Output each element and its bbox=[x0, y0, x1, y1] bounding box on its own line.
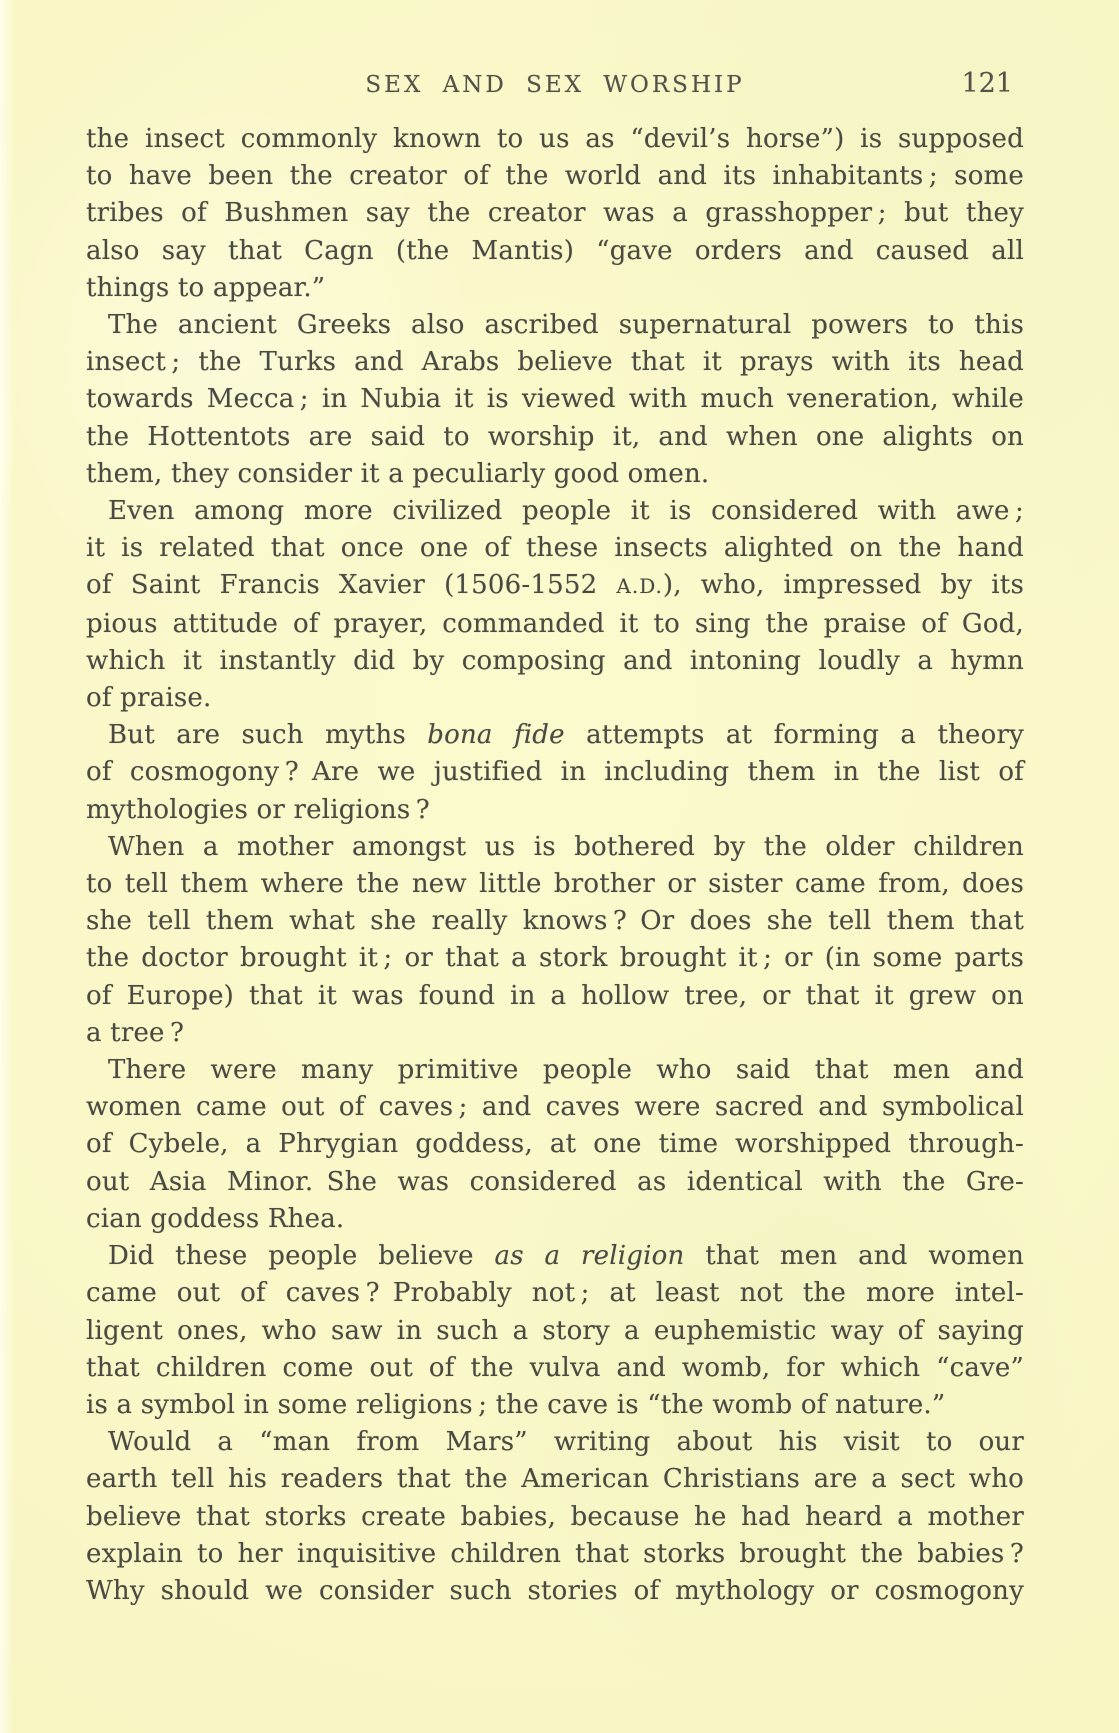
paragraph: The ancient Greeks also ascribed superna… bbox=[86, 307, 1024, 493]
text-line: Even among more civilized people it is c… bbox=[86, 493, 1024, 530]
paragraph: There were many primitive people who sai… bbox=[86, 1052, 1024, 1238]
text-line: things to appear.” bbox=[86, 270, 1024, 307]
paragraph: Did these people believe as a religion t… bbox=[86, 1238, 1024, 1424]
text-line: There were many primitive people who sai… bbox=[86, 1052, 1024, 1089]
text-line: pious attitude of prayer, commanded it t… bbox=[86, 606, 1024, 643]
text-line: cian goddess Rhea. bbox=[86, 1201, 1024, 1238]
text-line: women came out of caves ; and caves were… bbox=[86, 1089, 1024, 1126]
text-line: Why should we consider such stories of m… bbox=[86, 1573, 1024, 1610]
text-line: which it instantly did by composing and … bbox=[86, 643, 1024, 680]
text-line: Did these people believe as a religion t… bbox=[86, 1238, 1024, 1275]
paragraph: the insect commonly known to us as “devi… bbox=[86, 121, 1024, 307]
text-line: them, they consider it a peculiarly good… bbox=[86, 456, 1024, 493]
page-header: SEX AND SEX WORSHIP 121 bbox=[86, 72, 1024, 106]
text-line: When a mother amongst us is bothered by … bbox=[86, 829, 1024, 866]
paragraph: But are such myths bona fide attempts at… bbox=[86, 717, 1024, 829]
text-line: a tree ? bbox=[86, 1015, 1024, 1052]
text-line: ligent ones, who saw in such a story a e… bbox=[86, 1313, 1024, 1350]
text-line: Would a “man from Mars” writing about hi… bbox=[86, 1424, 1024, 1461]
book-page-scan: SEX AND SEX WORSHIP 121 the insect commo… bbox=[0, 0, 1119, 1733]
text-line: she tell them what she really knows ? Or… bbox=[86, 903, 1024, 940]
text-line: The ancient Greeks also ascribed superna… bbox=[86, 307, 1024, 344]
text-line: to tell them where the new little brothe… bbox=[86, 866, 1024, 903]
text-line: of cosmogony ? Are we justified in inclu… bbox=[86, 754, 1024, 791]
text-line: insect ; the Turks and Arabs believe tha… bbox=[86, 344, 1024, 381]
text-line: of Saint Francis Xavier (1506-1552 A.D.)… bbox=[86, 567, 1024, 605]
page-number: 121 bbox=[961, 68, 1013, 99]
text-line: is a symbol in some religions ; the cave… bbox=[86, 1387, 1024, 1424]
text-line: the Hottentots are said to worship it, a… bbox=[86, 419, 1024, 456]
text-line: But are such myths bona fide attempts at… bbox=[86, 717, 1024, 754]
running-title: SEX AND SEX WORSHIP bbox=[86, 72, 1024, 98]
text-line: mythologies or religions ? bbox=[86, 792, 1024, 829]
text-line: out Asia Minor. She was considered as id… bbox=[86, 1164, 1024, 1201]
text-line: believe that storks create babies, becau… bbox=[86, 1499, 1024, 1536]
paragraph: Even among more civilized people it is c… bbox=[86, 493, 1024, 717]
text-line: came out of caves ? Probably not ; at le… bbox=[86, 1275, 1024, 1312]
paragraph: When a mother amongst us is bothered by … bbox=[86, 829, 1024, 1052]
text-line: of Cybele, a Phrygian goddess, at one ti… bbox=[86, 1126, 1024, 1163]
text-line: it is related that once one of these ins… bbox=[86, 530, 1024, 567]
paragraph: Would a “man from Mars” writing about hi… bbox=[86, 1424, 1024, 1610]
text-line: that children come out of the vulva and … bbox=[86, 1350, 1024, 1387]
text-line: of praise. bbox=[86, 680, 1024, 717]
text-line: towards Mecca ; in Nubia it is viewed wi… bbox=[86, 381, 1024, 418]
text-line: the doctor brought it ; or that a stork … bbox=[86, 940, 1024, 977]
text-line: explain to her inquisitive children that… bbox=[86, 1536, 1024, 1573]
text-line: the insect commonly known to us as “devi… bbox=[86, 121, 1024, 158]
text-line: also say that Cagn (the Mantis) “gave or… bbox=[86, 233, 1024, 270]
text-body: the insect commonly known to us as “devi… bbox=[86, 121, 1024, 1610]
text-line: tribes of Bushmen say the creator was a … bbox=[86, 195, 1024, 232]
text-line: of Europe) that it was found in a hollow… bbox=[86, 978, 1024, 1015]
text-line: to have been the creator of the world an… bbox=[86, 158, 1024, 195]
text-line: earth tell his readers that the American… bbox=[86, 1461, 1024, 1498]
